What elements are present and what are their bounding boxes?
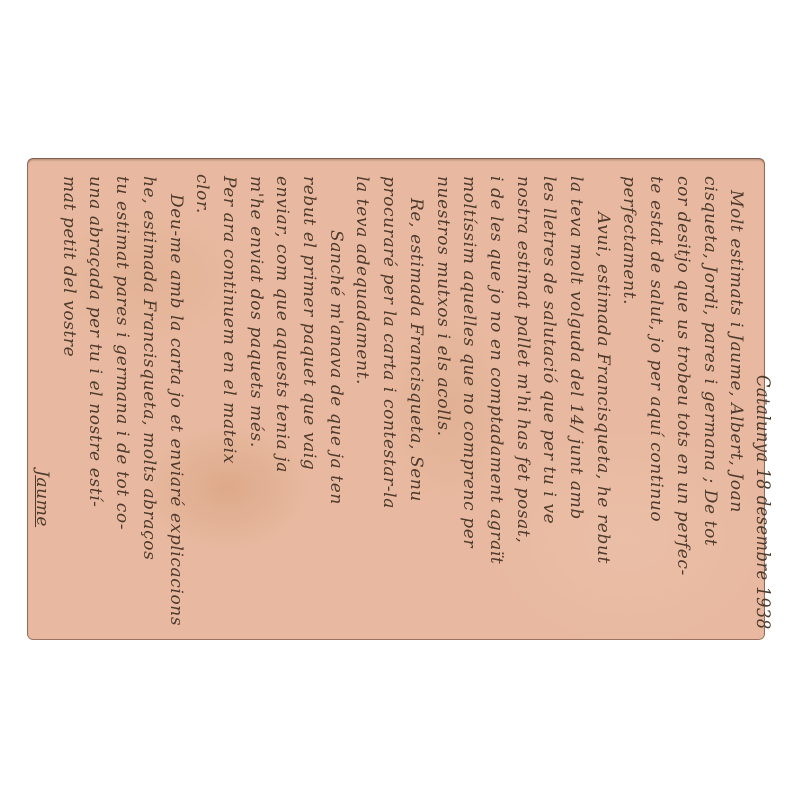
handwritten-line: he, estimada Francisqueta, molts abraços (138, 176, 160, 560)
handwritten-line: te estat de salut, jo per aquí continuo (645, 176, 667, 522)
handwritten-line: procuraré per la carta i contestar-la (378, 176, 400, 509)
handwritten-line: moltíssim aquelles que no comprenc per (458, 176, 480, 548)
handwritten-line: Per ara continuem en el mateix (218, 176, 240, 464)
handwritten-line: nostra estimat pallet m'hi has fet posat… (512, 176, 534, 543)
handwritten-line: mat petit del vostre (58, 176, 80, 357)
postcard: Catalunya 18 desembre 1938Molt estimats … (27, 158, 765, 640)
handwritten-line: Re, estimada Francisqueta, Senu (405, 198, 427, 502)
handwritten-line: Molt estimats i Jaume, Albert, Joan (725, 190, 747, 513)
handwritten-line: cisqueta, Jordi, pares i germana ; De to… (699, 176, 721, 546)
handwritten-line: una abraçada per tu i el nostre estí- (84, 176, 106, 508)
signature: Jaume (31, 470, 53, 527)
handwritten-line: cor desitjo que us trobeu tots en un per… (672, 176, 694, 576)
handwritten-line: enviar, com que aquests tenia ja (271, 176, 293, 473)
handwritten-line: perfectament. (618, 176, 640, 305)
handwritten-line: Sanché m'anava de que ja ten (325, 230, 347, 505)
handwritten-line: tu estimat pares i germana i de tot co- (111, 176, 133, 530)
handwritten-line: les lletres de salutació que per tu i ve (538, 176, 560, 524)
handwritten-line: Avui, estimada Francisqueta, he rebut (592, 212, 614, 564)
handwritten-line: clor. (191, 174, 213, 214)
handwritten-line: Deu-me amb la carta jo et enviaré explic… (165, 194, 187, 626)
handwritten-line: la teva adequadament. (351, 176, 373, 385)
handwritten-line: la teva molt volguda del 14/ junt amb (565, 176, 587, 520)
handwritten-line: nuestros mutxos i els acolls. (432, 176, 454, 437)
handwritten-line: m'he enviat dos paquets més. (245, 176, 267, 448)
handwritten-line: i de les que jo no en comptadament agraï… (485, 176, 507, 564)
handwritten-line: rebut el primer paquet que vaig (298, 176, 320, 470)
handwritten-line: Catalunya 18 desembre 1938 (752, 375, 774, 630)
